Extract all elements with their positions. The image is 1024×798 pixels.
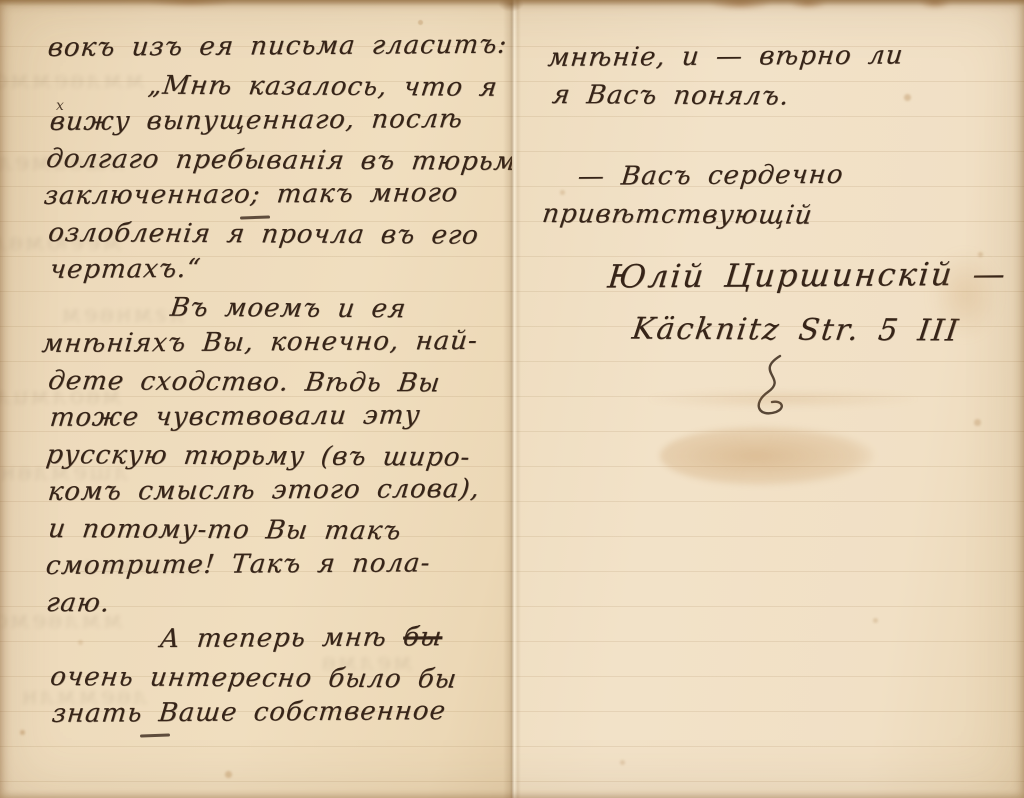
handwritten-line: вижу выпущеннаго, послѣ (38, 101, 516, 141)
handwritten-line: чертахъ.“ (38, 249, 516, 289)
handwritten-line: мнѣніяхъ Вы, конечно, най- (38, 323, 516, 363)
handwritten-line: заключеннаго; такъ много (38, 175, 516, 215)
handwritten-line: Юлій Циршинскій — (540, 256, 1024, 296)
handwritten-line: комъ смыслѣ этого слова), (38, 471, 516, 511)
handwritten-line: — Васъ сердечно (540, 156, 1024, 196)
right-page-text: мнѣніе, и — вѣрно лия Васъ понялъ.— Васъ… (540, 40, 1024, 347)
handwritten-line: тоже чувствовали эту (38, 397, 516, 437)
handwritten-line: мнѣніе, и — вѣрно ли (540, 37, 1024, 77)
insertion-correction-mark: х (56, 98, 64, 114)
handwritten-line: А теперь мнѣ бы (38, 619, 516, 659)
handwritten-line: смотрите! Такъ я пола- (38, 545, 516, 585)
handwritten-line: привѣтствующій (540, 196, 1024, 236)
letter-page-left: ммлвеммолшвамелмееюмвллгмнвеммволмиллшем… (0, 0, 512, 798)
handwritten-line: я Васъ понялъ. (540, 77, 1024, 117)
handwritten-line: знать Ваше собственное (38, 693, 516, 733)
handwritten-line: Käcknitz Str. 5 III (540, 310, 1024, 350)
letter-page-right: мнѣніе, и — вѣрно лия Васъ понялъ.— Васъ… (512, 0, 1024, 798)
left-page-text: вокъ изъ ея письма гласитъ:„Мнѣ казалось… (38, 30, 512, 733)
underline-ink-mark (140, 733, 170, 737)
struck-out-word: бы (402, 622, 444, 652)
handwritten-line: вокъ изъ ея письма гласитъ: (38, 27, 516, 67)
letter-scan: ммлвеммолшвамелмееюмвллгмнвеммволмиллшем… (0, 0, 1024, 798)
